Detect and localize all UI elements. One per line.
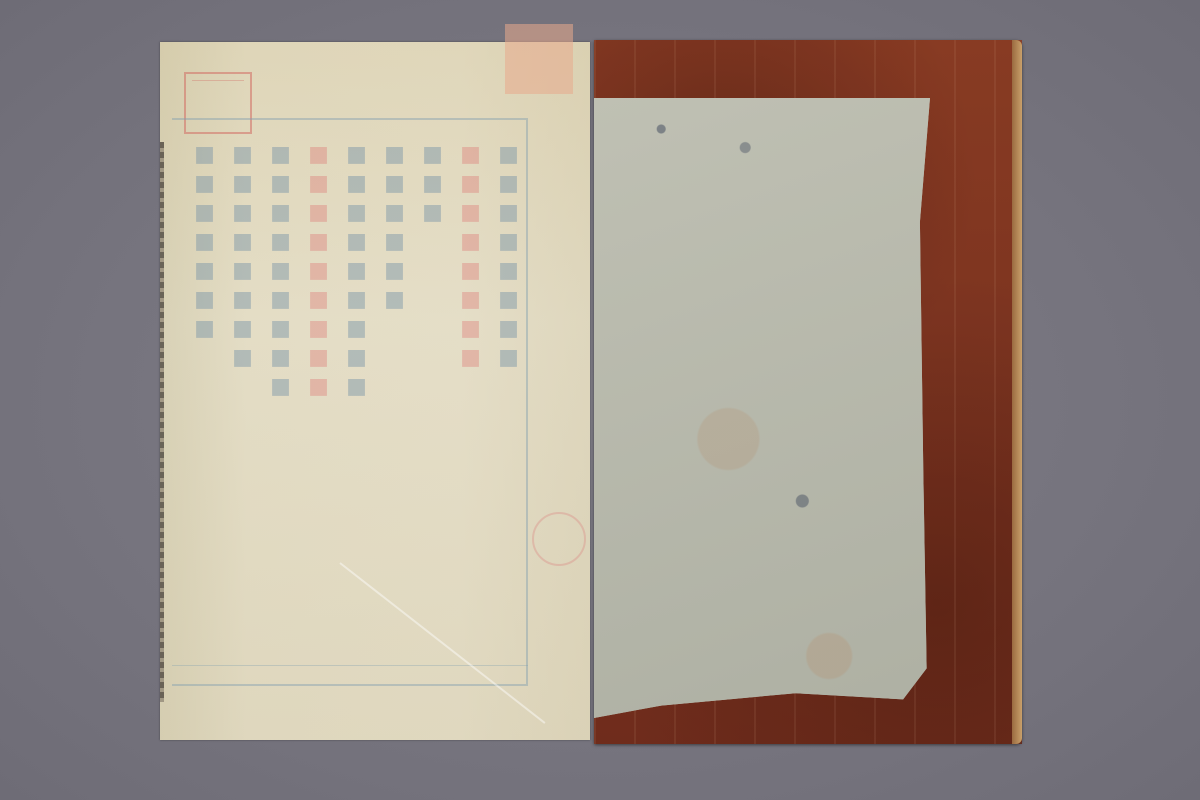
text-column: ■■■■■■■■: [494, 142, 522, 662]
cover-edge: [1012, 40, 1022, 744]
text-column: ■■■■■■■■■: [304, 142, 332, 662]
round-seal-stamp: [532, 512, 586, 566]
text-column: ■■■■■■■■■: [266, 142, 294, 662]
endpaper: [594, 98, 930, 718]
text-column: ■■■■■■: [380, 142, 408, 662]
show-through-text-columns: ■■■■■■■■ ■■■■■■■■ ■■■ ■■■■■■ ■■■■■■■■■ ■…: [182, 142, 522, 662]
text-column: ■■■■■■■: [190, 142, 218, 662]
page-stack-edge: [160, 142, 164, 702]
left-page: ■■■■■■■■ ■■■■■■■■ ■■■ ■■■■■■ ■■■■■■■■■ ■…: [160, 42, 590, 740]
paper-label-tab: [505, 24, 573, 94]
text-column: ■■■■■■■■: [228, 142, 256, 662]
text-column: ■■■: [418, 142, 446, 662]
open-book: ■■■■■■■■ ■■■■■■■■ ■■■ ■■■■■■ ■■■■■■■■■ ■…: [158, 40, 1023, 745]
text-column: ■■■■■■■■: [456, 142, 484, 662]
right-cover: [594, 40, 1022, 744]
